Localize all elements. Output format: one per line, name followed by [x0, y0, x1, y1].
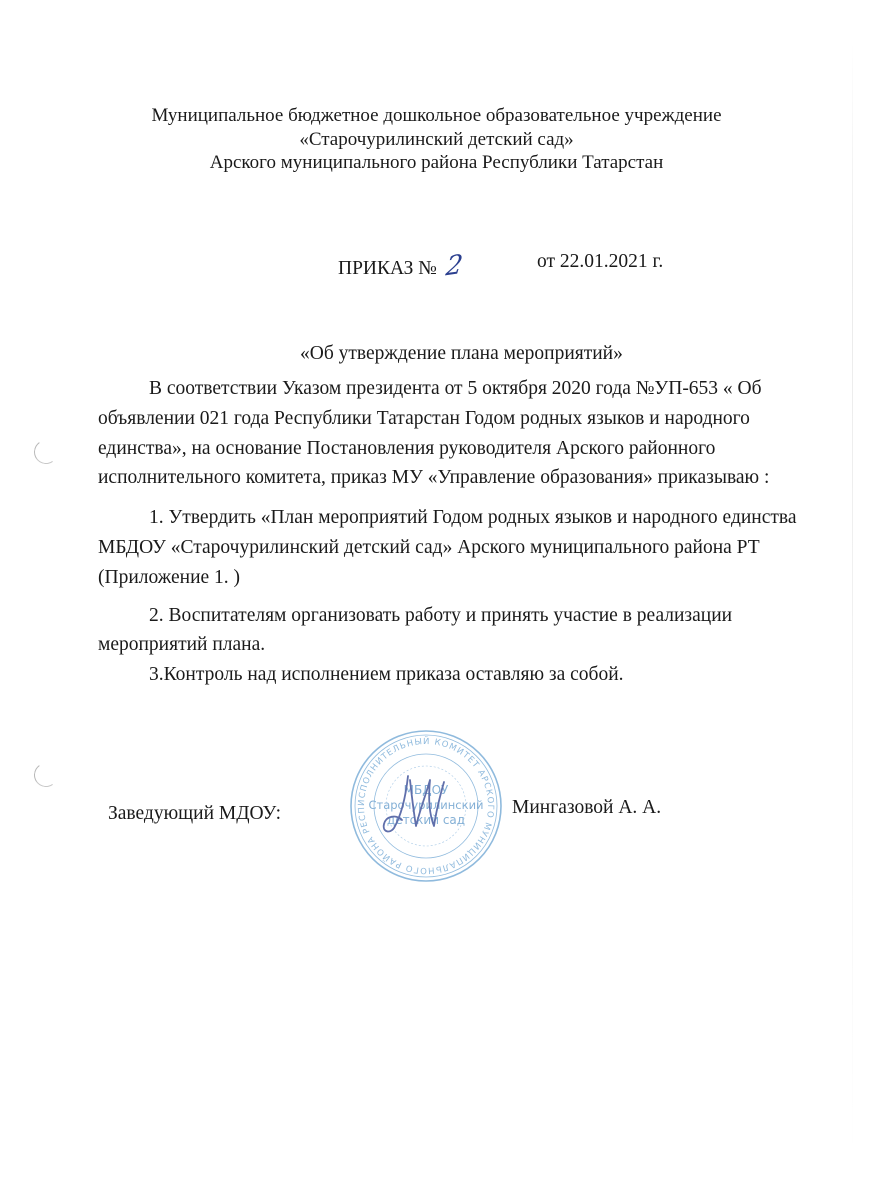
item-1-line-1: 1. Утвердить «План мероприятий Годом род… [149, 507, 797, 529]
item-3-line-1: 3.Контроль над исполнением приказа остав… [149, 664, 624, 686]
item-2-line-1: 2. Воспитателям организовать работу и пр… [149, 605, 732, 627]
handwritten-signature-icon [378, 770, 448, 840]
order-title: ПРИКАЗ № 2 [338, 251, 462, 281]
item-1-line-2: МБДОУ «Старочурилинский детский сад» Арс… [98, 537, 760, 559]
order-date: от 22.01.2021 г. [537, 251, 663, 273]
signatory-name: Мингазовой А. А. [512, 797, 661, 819]
punch-hole-mark-top [32, 438, 60, 466]
preamble-line-1: В соответствии Указом президента от 5 ок… [149, 378, 762, 400]
official-stamp: ИСПОЛНИТЕЛЬНЫЙ КОМИТЕТ АРСКОГО МУНИЦИПАЛ… [348, 728, 504, 884]
document-page: Муниципальное бюджетное дошкольное образ… [0, 0, 873, 1200]
preamble-line-4: исполнительного комитета, приказ МУ «Упр… [98, 467, 769, 489]
org-name-line-1: Муниципальное бюджетное дошкольное образ… [0, 105, 873, 127]
org-name-line-2: «Старочурилинский детский сад» [0, 129, 873, 151]
item-2-line-2: мероприятий плана. [98, 634, 265, 656]
preamble-line-3: единства», на основание Постановления ру… [98, 438, 715, 460]
order-subject: «Об утверждение плана мероприятий» [300, 343, 623, 365]
signatory-position: Заведующий МДОУ: [108, 803, 281, 825]
item-1-line-3: (Приложение 1. ) [98, 567, 240, 589]
order-number-handwritten: 2 [444, 249, 464, 282]
order-label: ПРИКАЗ № [338, 258, 437, 279]
preamble-line-2: объявлении 021 года Республики Татарстан… [98, 408, 750, 430]
scan-fold-line [852, 40, 853, 1160]
org-name-line-3: Арского муниципального района Республики… [0, 152, 873, 174]
punch-hole-mark-bottom [32, 761, 60, 789]
